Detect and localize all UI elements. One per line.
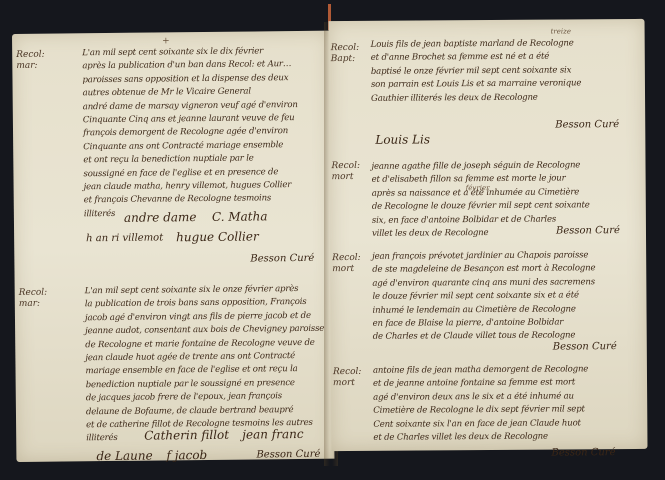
insertion-note: treize xyxy=(551,27,571,35)
burial-entry-2: jean françois prévotet jardinier au Chap… xyxy=(372,249,596,344)
right-page: Recol: Bapt: treize Louis fils de jean b… xyxy=(329,19,648,451)
signature: Louis Lis xyxy=(375,132,430,146)
priest-signature: Besson Curé xyxy=(553,341,617,352)
signature: andre dame xyxy=(124,210,197,225)
signature: h an ri villemot xyxy=(86,232,163,244)
top-mark: + xyxy=(162,36,170,46)
margin-note: Recol: Bapt: xyxy=(331,43,360,65)
baptism-entry: Louis fils de jean baptiste marland de R… xyxy=(371,37,582,105)
priest-signature: Besson Curé xyxy=(256,449,320,461)
marriage-entry-2: L'an mil sept cent soixante six le onze … xyxy=(85,283,326,446)
signature: hugue Collier xyxy=(176,229,259,244)
left-page: + Recol: mar: L'an mil sept cent soixant… xyxy=(12,31,334,462)
margin-note: Recol: mort xyxy=(333,367,362,389)
priest-signature: Besson Curé xyxy=(556,225,620,236)
priest-signature: Besson Curé xyxy=(551,447,615,458)
signature: jean franc xyxy=(242,427,303,442)
burial-entry-3: antoine fils de jean matha demorgent de … xyxy=(373,363,589,445)
signature: de Laune xyxy=(96,449,152,464)
signature: Catherin fillot xyxy=(144,428,229,443)
marriage-entry-1: L'an mil sept cent soixante six le dix f… xyxy=(82,45,299,221)
signature: f jacob xyxy=(166,448,207,462)
margin-note: Recol: mar: xyxy=(16,50,45,72)
margin-note: Recol: mort xyxy=(332,253,361,275)
signature: C. Matha xyxy=(212,209,268,224)
register-spread: + Recol: mar: L'an mil sept cent soixant… xyxy=(12,26,652,458)
priest-signature: Besson Curé xyxy=(555,119,619,130)
margin-note: Recol: mort xyxy=(331,161,360,183)
priest-signature: Besson Curé xyxy=(250,253,314,265)
margin-note: Recol: mar: xyxy=(19,288,48,310)
